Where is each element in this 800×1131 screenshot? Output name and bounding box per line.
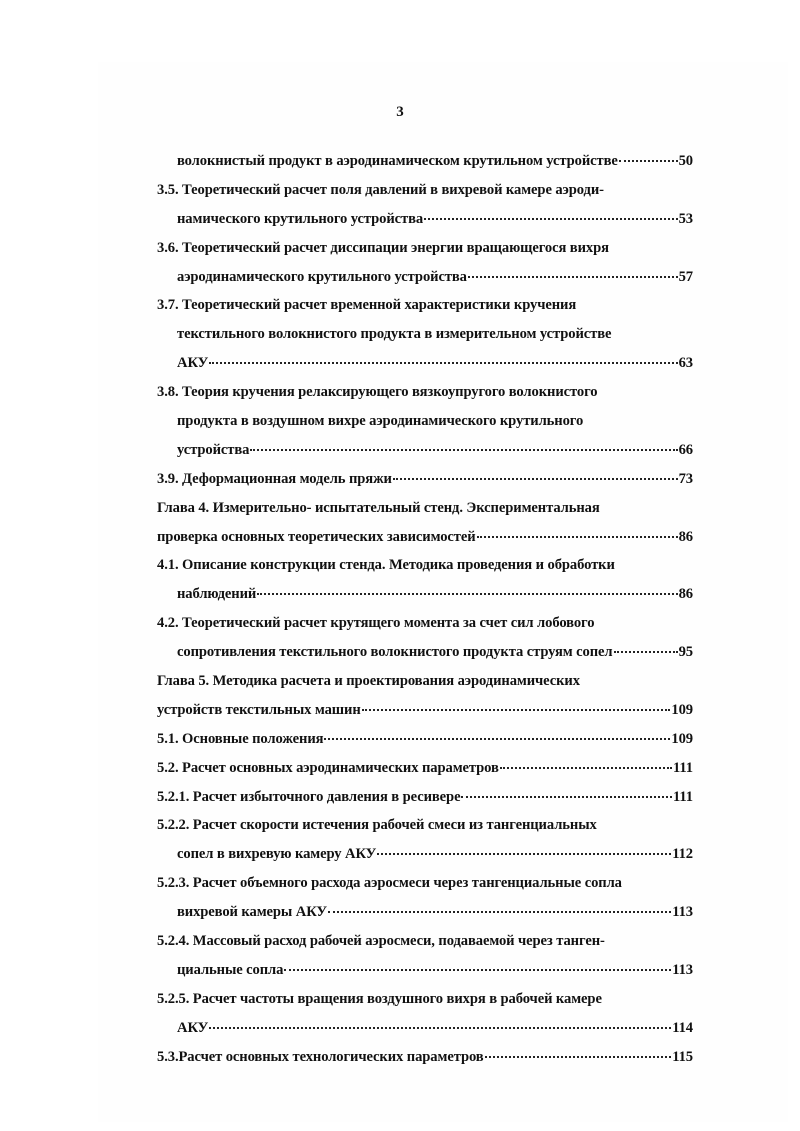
- toc-entry-page: 63: [679, 352, 693, 374]
- toc-entry-page: 113: [672, 901, 693, 923]
- toc-entry-title: устройства: [177, 439, 249, 461]
- toc-entry-title: 5.1. Основные положения: [157, 728, 323, 750]
- toc-entry: 5.2.5. Расчет частоты вращения воздушног…: [157, 988, 693, 1017]
- toc-entry-title: 4.1. Описание конструкции стенда. Методи…: [157, 554, 615, 576]
- dot-leader: [485, 1056, 672, 1058]
- toc-entry: продукта в воздушном вихре аэродинамичес…: [157, 410, 693, 439]
- toc-entry-title: 5.2.1. Расчет избыточного давления в рес…: [157, 786, 460, 808]
- toc-entry-title: 5.2.4. Массовый расход рабочей аэросмеси…: [157, 930, 605, 952]
- toc-entry-title: 4.2. Теоретический расчет крутящего моме…: [157, 612, 594, 634]
- dot-leader: [324, 738, 670, 740]
- toc-entry-title: 5.2.5. Расчет частоты вращения воздушног…: [157, 988, 602, 1010]
- dot-leader: [614, 651, 678, 653]
- toc-entry: проверка основных теоретических зависимо…: [157, 526, 693, 555]
- dot-leader: [477, 536, 678, 538]
- toc-entry-title: Глава 5. Методика расчета и проектирован…: [157, 670, 580, 692]
- toc-entry-title: намического крутильного устройства: [177, 208, 423, 230]
- toc-entry-page: 111: [673, 786, 693, 808]
- toc-entry: 3.5. Теоретический расчет поля давлений …: [157, 179, 693, 208]
- toc-entry: устройства66: [157, 439, 693, 468]
- toc-entry: АКУ114: [157, 1017, 693, 1046]
- toc-entry: волокнистый продукт в аэродинамическом к…: [157, 150, 693, 179]
- dot-leader: [393, 478, 678, 480]
- dot-leader: [209, 1027, 671, 1029]
- toc-entry: 3.6. Теоретический расчет диссипации эне…: [157, 237, 693, 266]
- dot-leader: [284, 969, 671, 971]
- toc-entry-title: аэродинамического крутильного устройства: [177, 266, 467, 288]
- toc-entry-title: 3.9. Деформационная модель пряжи: [157, 468, 392, 490]
- toc-entry-title: 5.3.Расчет основных технологических пара…: [157, 1046, 484, 1068]
- toc-entry-page: 95: [679, 641, 693, 663]
- toc-entry-title: 5.2. Расчет основных аэродинамических па…: [157, 757, 499, 779]
- toc-entry-title: наблюдений: [177, 583, 256, 605]
- toc-entry-page: 57: [679, 266, 693, 288]
- page-number: 3: [0, 104, 800, 121]
- dot-leader: [250, 449, 677, 451]
- toc-entry-title: волокнистый продукт в аэродинамическом к…: [177, 150, 618, 172]
- toc-entry: 5.2.4. Массовый расход рабочей аэросмеси…: [157, 930, 693, 959]
- toc-entry-page: 86: [679, 583, 693, 605]
- toc-entry: циальные сопла113: [157, 959, 693, 988]
- toc-entry-page: 66: [679, 439, 693, 461]
- toc-entry: 5.2.3. Расчет объемного расхода аэросмес…: [157, 872, 693, 901]
- toc-entry-title: текстильного волокнистого продукта в изм…: [177, 323, 611, 345]
- toc-entry: сопротивления текстильного волокнистого …: [157, 641, 693, 670]
- toc-entry-page: 109: [671, 699, 693, 721]
- dot-leader: [362, 709, 671, 711]
- toc-entry: текстильного волокнистого продукта в изм…: [157, 323, 693, 352]
- toc-entry: 5.2.1. Расчет избыточного давления в рес…: [157, 786, 693, 815]
- toc-entry-title: Глава 4. Измерительно- испытательный сте…: [157, 497, 600, 519]
- toc-entry: 3.7. Теоретический расчет временной хара…: [157, 294, 693, 323]
- dot-leader: [468, 276, 678, 278]
- toc-entry-page: 53: [679, 208, 693, 230]
- toc-entry-title: 3.5. Теоретический расчет поля давлений …: [157, 179, 604, 201]
- toc-entry-title: сопротивления текстильного волокнистого …: [177, 641, 613, 663]
- toc-entry-title: устройств текстильных машин: [157, 699, 361, 721]
- dot-leader: [461, 796, 672, 798]
- dot-leader: [619, 160, 678, 162]
- toc-entry: 5.2.2. Расчет скорости истечения рабочей…: [157, 814, 693, 843]
- toc-entry: вихревой камеры АКУ113: [157, 901, 693, 930]
- toc-entry-page: 73: [679, 468, 693, 490]
- toc-entry: Глава 5. Методика расчета и проектирован…: [157, 670, 693, 699]
- toc-entry-title: сопел в вихревую камеру АКУ: [177, 843, 376, 865]
- toc-entry: сопел в вихревую камеру АКУ112: [157, 843, 693, 872]
- toc-entry: 3.9. Деформационная модель пряжи73: [157, 468, 693, 497]
- toc-entry-page: 50: [679, 150, 693, 172]
- toc-entry-title: вихревой камеры АКУ: [177, 901, 327, 923]
- toc-entry-title: 5.2.3. Расчет объемного расхода аэросмес…: [157, 872, 622, 894]
- dot-leader: [377, 853, 671, 855]
- toc-entry-title: 3.6. Теоретический расчет диссипации эне…: [157, 237, 609, 259]
- toc-entry-page: 86: [679, 526, 693, 548]
- toc-entry: наблюдений86: [157, 583, 693, 612]
- toc-entry-page: 115: [672, 1046, 693, 1068]
- dot-leader: [328, 911, 671, 913]
- toc-entry: Глава 4. Измерительно- испытательный сте…: [157, 497, 693, 526]
- toc-entry-title: проверка основных теоретических зависимо…: [157, 526, 476, 548]
- toc-entry: намического крутильного устройства53: [157, 208, 693, 237]
- dot-leader: [257, 593, 677, 595]
- toc-entry-title: 3.7. Теоретический расчет временной хара…: [157, 294, 576, 316]
- toc-entry-title: АКУ: [177, 1017, 208, 1039]
- toc-entry-page: 109: [671, 728, 693, 750]
- toc-entry-page: 113: [672, 959, 693, 981]
- toc-entry-title: 3.8. Теория кручения релаксирующего вязк…: [157, 381, 597, 403]
- toc-entry: 5.3.Расчет основных технологических пара…: [157, 1046, 693, 1075]
- toc-entry-title: циальные сопла: [177, 959, 283, 981]
- toc-entry-title: продукта в воздушном вихре аэродинамичес…: [177, 410, 583, 432]
- dot-leader: [209, 362, 677, 364]
- toc-entry-title: АКУ: [177, 352, 208, 374]
- toc-entry-title: 5.2.2. Расчет скорости истечения рабочей…: [157, 814, 597, 836]
- toc-entry: 4.1. Описание конструкции стенда. Методи…: [157, 554, 693, 583]
- dot-leader: [424, 218, 678, 220]
- toc-entry: аэродинамического крутильного устройства…: [157, 266, 693, 295]
- toc-entry: 5.2. Расчет основных аэродинамических па…: [157, 757, 693, 786]
- toc-entry-page: 111: [673, 757, 693, 779]
- toc-entry-page: 112: [672, 843, 693, 865]
- toc-entry-page: 114: [672, 1017, 693, 1039]
- toc-entry: 5.1. Основные положения109: [157, 728, 693, 757]
- toc-entry: 4.2. Теоретический расчет крутящего моме…: [157, 612, 693, 641]
- toc-entry: 3.8. Теория кручения релаксирующего вязк…: [157, 381, 693, 410]
- table-of-contents: волокнистый продукт в аэродинамическом к…: [157, 150, 693, 1075]
- toc-entry: устройств текстильных машин109: [157, 699, 693, 728]
- toc-entry: АКУ63: [157, 352, 693, 381]
- dot-leader: [500, 767, 672, 769]
